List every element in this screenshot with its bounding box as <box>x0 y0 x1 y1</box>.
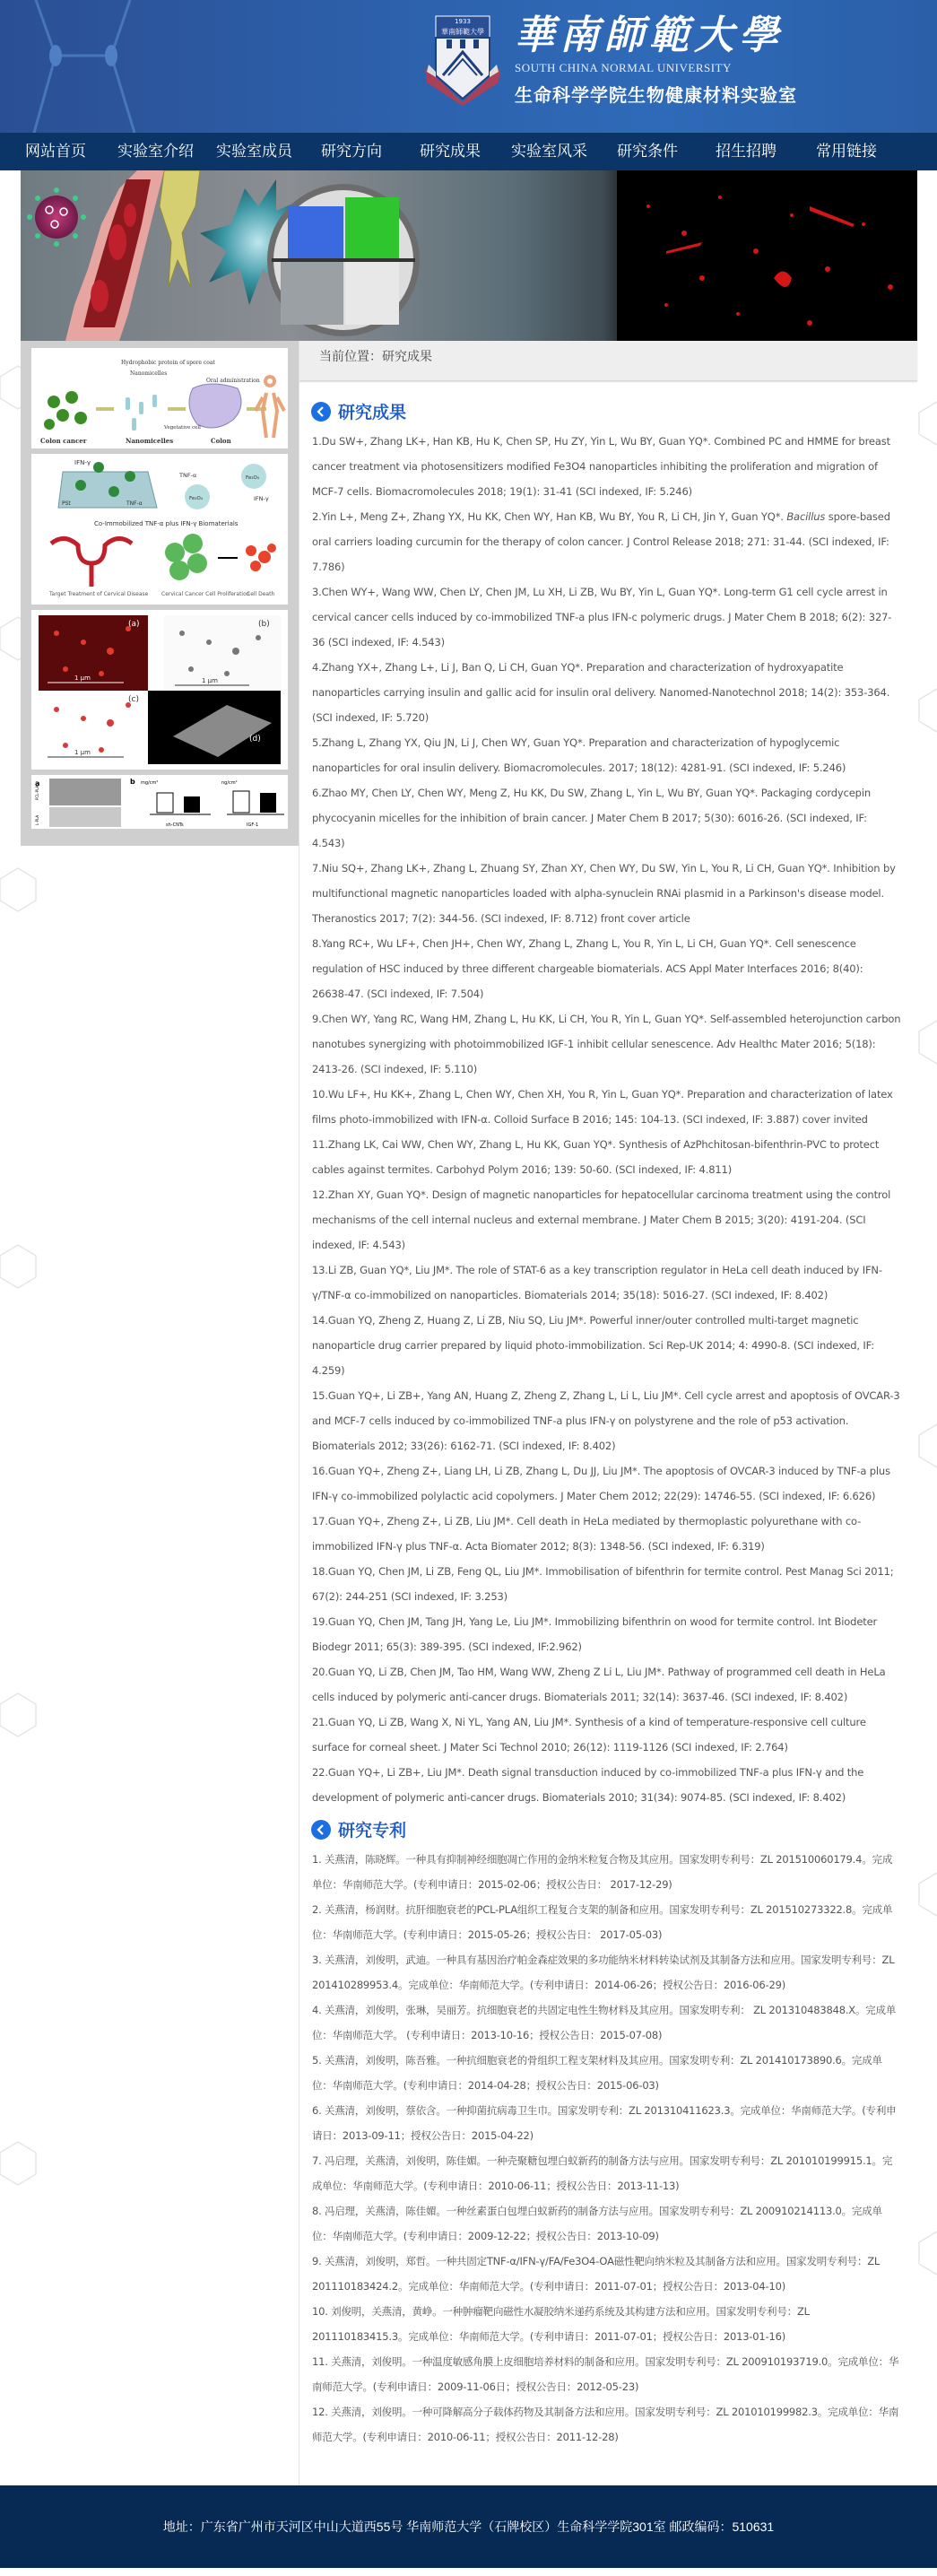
university-name-cn: 華南師範大學 <box>515 13 797 59</box>
svg-text:(b): (b) <box>258 620 270 629</box>
svg-text:mg/cm²: mg/cm² <box>141 780 158 786</box>
svg-text:1 μm: 1 μm <box>202 677 218 684</box>
svg-text:Co-Immobilized TNF-α plus IFN-: Co-Immobilized TNF-α plus IFN-γ Biomater… <box>94 520 239 527</box>
svg-text:IFN-γ: IFN-γ <box>254 495 269 502</box>
main-nav: 网站首页 实验室介绍 实验室成员 研究方向 研究成果 实验室风采 研究条件 招生… <box>0 133 937 170</box>
patent-list: 1. 关燕清，陈晓辉。一种具有抑制神经细胞凋亡作用的金纳米粒复合物及其应用。国家… <box>299 1847 917 2485</box>
publication-item: 1.Du SW+, Zhang LK+, Han KB, Hu K, Chen … <box>312 429 901 504</box>
svg-text:(d): (d) <box>249 735 261 744</box>
svg-text:sh-CNTs: sh-CNTs <box>166 822 184 828</box>
patent-item: 4. 关燕清，刘俊明，张琳，吴丽芳。抗细胞衰老的共固定电性生物材料及其应用。国家… <box>312 1997 901 2048</box>
nav-item-lab-gallery[interactable]: 实验室风采 <box>511 133 617 170</box>
svg-text:Fe₃O₄: Fe₃O₄ <box>246 475 260 481</box>
svg-text:PSt: PSt <box>62 500 71 507</box>
figure-loading-dose-chart: a PCL-PLA L-PLA b mg/cm² sh-CNTs ng/cm² … <box>31 775 288 829</box>
nav-item-lab-intro[interactable]: 实验室介绍 <box>117 133 216 170</box>
svg-text:TNF-α: TNF-α <box>126 500 143 507</box>
svg-text:1 μm: 1 μm <box>74 749 91 756</box>
patent-item: 7. 冯启理，关燕清，刘俊明，陈佳媚。一种壳聚糖包埋白蚁新药的制备方法与应用。国… <box>312 2148 901 2198</box>
svg-text:L-PLA: L-PLA <box>35 815 39 825</box>
patent-item: 2. 关燕清，杨润财。抗肝细胞衰老的PCL-PLA组织工程复合支架的制备和应用。… <box>312 1897 901 1947</box>
nav-item-links[interactable]: 常用链接 <box>816 133 897 170</box>
publications-heading: 研究成果 <box>311 399 917 423</box>
virus-icon <box>27 187 86 247</box>
breadcrumb: 当前位置：研究成果 <box>299 341 917 381</box>
university-crest-icon: 1933 華南師範大學 <box>420 13 506 106</box>
biomedical-illustration-icon <box>21 170 917 341</box>
patent-item: 12. 关燕清，刘俊明。一种可降解高分子载体药物及其制备方法和应用。国家发明专利… <box>312 2399 901 2450</box>
patents-title: 研究专利 <box>338 1817 406 1841</box>
figure-tnf-ifn-biomaterials: IFN-γ PSt TNF-α Fe₃O₄ Fe₃O₄ TNF-α IFN-γ … <box>31 454 288 605</box>
svg-text:Nanomicelles: Nanomicelles <box>130 370 167 377</box>
nav-item-recruitment[interactable]: 招生招聘 <box>716 133 816 170</box>
nav-item-research-facilities[interactable]: 研究条件 <box>617 133 716 170</box>
sidebar-figures: Hydrophobic protein of spore coat Nanomi… <box>21 341 299 846</box>
site-footer: 地址：广东省广州市天河区中山大道西55号 华南师范大学（石牌校区）生命科学学院3… <box>0 2485 937 2568</box>
publication-item: 20.Guan YQ, Li ZB, Chen JM, Tao HM, Wang… <box>312 1659 901 1710</box>
publication-item: 16.Guan YQ+, Zheng Z+, Liang LH, Li ZB, … <box>312 1458 901 1509</box>
publication-item: 4.Zhang YX+, Zhang L+, Li J, Ban Q, Li C… <box>312 655 901 730</box>
patent-item: 8. 冯启理，关燕清，陈佳媚。一种丝素蛋白包埋白蚁新药的制备方法与应用。国家发明… <box>312 2198 901 2249</box>
figure-colon-cancer-delivery: Hydrophobic protein of spore coat Nanomi… <box>31 348 288 448</box>
site-header: 1933 華南師範大學 華南師範大學 SOUTH CHINA NORMAL UN… <box>0 0 937 133</box>
publication-item: 8.Yang RC+, Wu LF+, Chen JH+, Chen WY, Z… <box>312 931 901 1006</box>
figure-microscopy-panels: (a) (b) (c) (d) 1 μm 1 μm 1 μm <box>31 610 288 770</box>
nav-item-research-results[interactable]: 研究成果 <box>420 133 511 170</box>
svg-text:Cervical Cancer Cell Prolifera: Cervical Cancer Cell Proliferation <box>161 591 250 597</box>
svg-text:Target Treatment of Cervical D: Target Treatment of Cervical Disease <box>48 591 149 597</box>
publication-item: 5.Zhang L, Zhang YX, Qiu JN, Li J, Chen … <box>312 730 901 780</box>
svg-text:1 μm: 1 μm <box>74 674 91 682</box>
footer-address: 地址：广东省广州市天河区中山大道西55号 华南师范大学（石牌校区）生命科学学院3… <box>163 2518 774 2536</box>
publication-item: 14.Guan YQ, Zheng Z, Huang Z, Li ZB, Niu… <box>312 1308 901 1383</box>
svg-text:(c): (c) <box>128 695 139 704</box>
svg-text:IFN-γ: IFN-γ <box>74 459 91 466</box>
lab-name: 生命科学学院生物健康材料实验室 <box>515 81 797 107</box>
svg-text:Colon cancer: Colon cancer <box>40 437 87 445</box>
nav-item-home[interactable]: 网站首页 <box>25 133 117 170</box>
publication-item: 3.Chen WY+, Wang WW, Chen LY, Chen JM, L… <box>312 579 901 655</box>
patent-item: 1. 关燕清，陈晓辉。一种具有抑制神经细胞凋亡作用的金纳米粒复合物及其应用。国家… <box>312 1847 901 1897</box>
patent-item: 10. 刘俊明，关燕清，黄峥。一种肿瘤靶向磁性水凝胶纳米递药系统及其构建方法和应… <box>312 2299 901 2349</box>
svg-text:b: b <box>130 778 135 786</box>
patent-item: 3. 关燕清，刘俊明，武迪。一种具有基因治疗帕金森症效果的多功能纳米材料转染试剂… <box>312 1947 901 1997</box>
chevron-left-circle-icon <box>311 1820 331 1840</box>
patent-item: 9. 关燕清，刘俊明，郑哲。一种共固定TNF-α/IFN-γ/FA/Fe3O4-… <box>312 2249 901 2299</box>
svg-text:Vegetative cell: Vegetative cell <box>163 425 201 431</box>
svg-text:IGF-1: IGF-1 <box>247 822 258 828</box>
publication-item: 22.Guan YQ+, Li ZB+, Liu JM*. Death sign… <box>312 1760 901 1810</box>
publication-item: 19.Guan YQ, Chen JM, Tang JH, Yang Le, L… <box>312 1609 901 1659</box>
publication-item: 9.Chen WY, Yang RC, Wang HM, Zhang L, Hu… <box>312 1006 901 1082</box>
banner-image <box>21 170 917 341</box>
main-area: Hydrophobic protein of spore coat Nanomi… <box>21 341 917 2485</box>
patent-item: 11. 关燕清，刘俊明。一种温度敏感角膜上皮细胞培养材料的制备和应用。国家发明专… <box>312 2349 901 2399</box>
university-brand[interactable]: 1933 華南師範大學 華南師範大學 SOUTH CHINA NORMAL UN… <box>420 13 797 107</box>
svg-text:Fe₃O₄: Fe₃O₄ <box>189 496 204 501</box>
svg-text:華南師範大學: 華南師範大學 <box>441 27 484 36</box>
patent-item: 5. 关燕清，刘俊明，陈吾雅。一种抗细胞衰老的骨组织工程支架材料及其应用。国家发… <box>312 2048 901 2098</box>
patents-heading: 研究专利 <box>311 1817 917 1841</box>
svg-text:PCL-PLA: PCL-PLA <box>35 785 39 800</box>
svg-text:Colon: Colon <box>211 437 231 445</box>
publication-item: 17.Guan YQ+, Zheng Z+, Li ZB, Liu JM*. C… <box>312 1509 901 1559</box>
svg-text:Nanomicelles: Nanomicelles <box>126 437 173 445</box>
svg-text:TNF-α: TNF-α <box>178 472 196 479</box>
svg-text:(a): (a) <box>128 620 140 629</box>
publication-item: 2.Yin L+, Meng Z+, Zhang YX, Hu KK, Chen… <box>312 504 901 579</box>
publication-item: 18.Guan YQ, Chen JM, Li ZB, Feng QL, Liu… <box>312 1559 901 1609</box>
crest-year: 1933 <box>455 18 471 25</box>
publication-item: 12.Zhan XY, Guan YQ*. Design of magnetic… <box>312 1182 901 1258</box>
publications-title: 研究成果 <box>338 399 406 423</box>
nav-item-research-direction[interactable]: 研究方向 <box>321 133 420 170</box>
publication-item: 7.Niu SQ+, Zhang LK+, Zhang L, Zhuang SY… <box>312 856 901 931</box>
svg-text:Oral administration: Oral administration <box>206 378 260 384</box>
content-panel: 当前位置：研究成果 研究成果 1.Du SW+, Zhang LK+, Han … <box>299 341 917 2485</box>
publication-item: 11.Zhang LK, Cai WW, Chen WY, Zhang L, H… <box>312 1132 901 1182</box>
publication-item: 15.Guan YQ+, Li ZB+, Yang AN, Huang Z, Z… <box>312 1383 901 1458</box>
nav-item-lab-members[interactable]: 实验室成员 <box>216 133 321 170</box>
chevron-left-circle-icon <box>311 402 331 422</box>
svg-text:ng/cm²: ng/cm² <box>221 780 238 786</box>
svg-text:Hydrophobic protein of spore c: Hydrophobic protein of spore coat <box>121 360 215 366</box>
svg-text:Cell Death: Cell Death <box>247 591 274 597</box>
publication-item: 21.Guan YQ, Li ZB, Wang X, Ni YL, Yang A… <box>312 1710 901 1760</box>
publication-list: 1.Du SW+, Zhang LK+, Han KB, Hu K, Chen … <box>299 429 917 1810</box>
publication-item: 10.Wu LF+, Hu KK+, Zhang L, Chen WY, Che… <box>312 1082 901 1132</box>
publication-item: 13.Li ZB, Guan YQ*, Liu JM*. The role of… <box>312 1258 901 1308</box>
publication-item: 6.Zhao MY, Chen LY, Chen WY, Meng Z, Hu … <box>312 780 901 856</box>
patent-item: 6. 关燕清，刘俊明，蔡依含。一种抑菌抗病毒卫生巾。国家发明专利：ZL 2013… <box>312 2098 901 2148</box>
university-name-en: SOUTH CHINA NORMAL UNIVERSITY <box>515 61 797 75</box>
